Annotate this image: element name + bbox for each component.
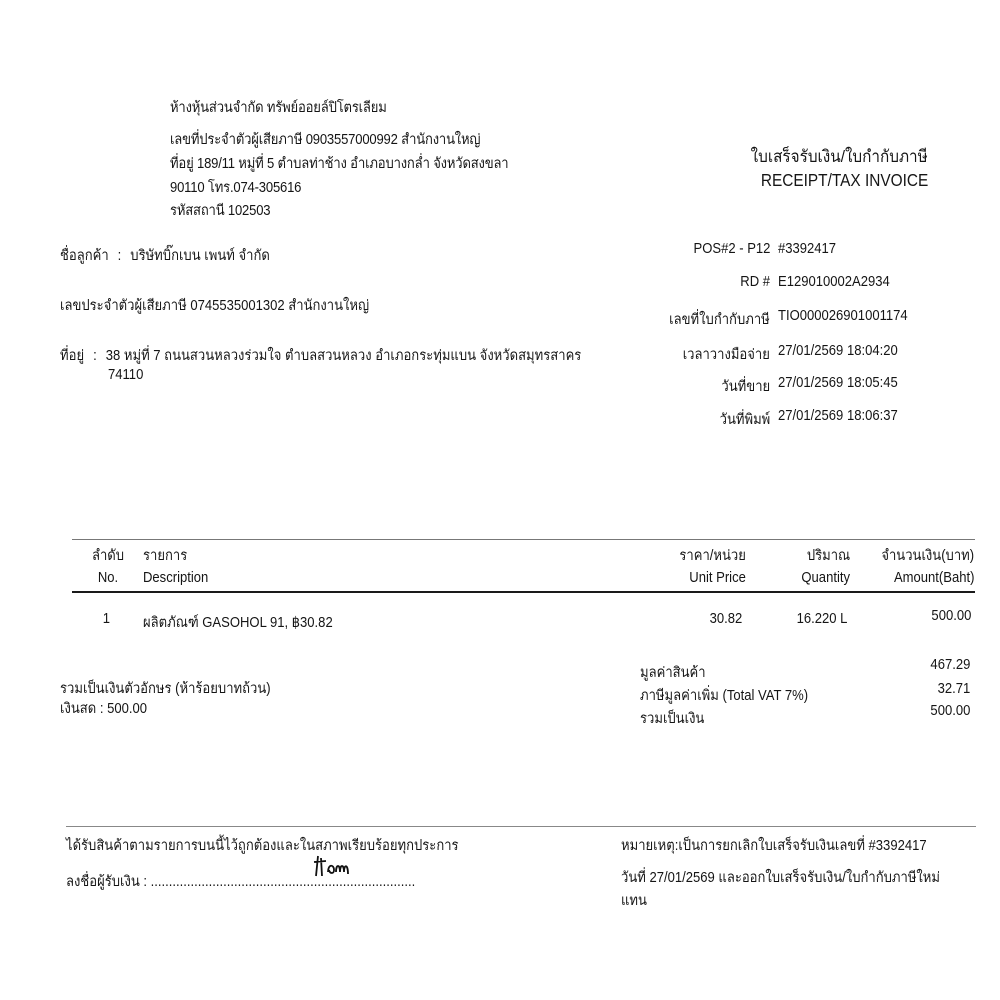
meta-row-pos: POS#2 - P12 #3392417 <box>618 241 958 261</box>
customer-tax-id: เลขประจำตัวผู้เสียภาษี 0745535001302 สำน… <box>60 294 369 317</box>
row-quantity: 16.220 L <box>796 611 847 627</box>
seller-address-line2: 90110 โทร.074-305616 <box>170 176 301 199</box>
meta-label: เลขที่ใบกำกับภาษี <box>669 308 770 331</box>
meta-value: #3392417 <box>778 241 836 257</box>
meta-row-rd: RD # E129010002A2934 <box>618 274 958 294</box>
seller-station-code: รหัสสถานี 102503 <box>170 199 270 222</box>
meta-row-print-date: วันที่พิมพ์ 27/01/2569 18:06:37 <box>618 408 958 428</box>
customer-address-label: ที่อยู่ <box>60 344 84 367</box>
grand-total-value: 500.00 <box>930 703 970 719</box>
separator: : <box>93 348 97 364</box>
row-amount: 500.00 <box>931 608 971 624</box>
meta-value: 27/01/2569 18:04:20 <box>778 343 898 359</box>
document-title-thai: ใบเสร็จรับเงิน/ใบกำกับภาษี <box>751 143 928 170</box>
separator: : <box>118 248 122 264</box>
handwritten-signature-icon <box>312 852 352 880</box>
header-quantity-thai: ปริมาณ <box>807 545 850 567</box>
header-description-english: Description <box>143 567 208 589</box>
meta-value: 27/01/2569 18:05:45 <box>778 375 898 391</box>
header-amount-english: Amount(Baht) <box>893 567 974 589</box>
customer-address-row: ที่อยู่:38 หมู่ที่ 7 ถนนสวนหลวงร่วมใจ ตำ… <box>60 344 581 367</box>
customer-name-row: ชื่อลูกค้า:บริษัทบิ๊กเบน เพนท์ จำกัด <box>60 244 270 267</box>
document-title-english: RECEIPT/TAX INVOICE <box>761 170 928 191</box>
customer-address-line1: 38 หมู่ที่ 7 ถนนสวนหลวงร่วมใจ ตำบลสวนหลว… <box>106 348 582 364</box>
row-description: ผลิตภัณฑ์ GASOHOL 91, ฿30.82 <box>143 611 333 634</box>
meta-label: POS#2 - P12 <box>693 241 770 257</box>
cash-paid: เงินสด : 500.00 <box>60 697 147 720</box>
note-line2: วันที่ 27/01/2569 และออกใบเสร็จรับเงิน/ใ… <box>621 866 940 889</box>
header-unit-price-english: Unit Price <box>689 567 746 589</box>
subtotal-value: 467.29 <box>930 657 970 673</box>
meta-label: เวลาวางมือจ่าย <box>683 343 770 366</box>
meta-row-sale-date: วันที่ขาย 27/01/2569 18:05:45 <box>618 375 958 395</box>
table-header-divider <box>72 591 975 593</box>
signature-line: ลงชื่อผู้รับเงิน : .....................… <box>66 870 415 893</box>
meta-value: E129010002A2934 <box>778 274 890 290</box>
header-unit-price-thai: ราคา/หน่วย <box>679 545 746 567</box>
meta-label: วันที่ขาย <box>721 375 770 398</box>
seller-name: ห้างหุ้นส่วนจำกัด ทรัพย์ออยล์ปิโตรเลียม <box>170 96 387 119</box>
received-statement: ได้รับสินค้าตามรายการบนนี้ไว้ถูกต้องและใ… <box>66 834 459 857</box>
table-top-divider <box>72 539 975 540</box>
header-no-thai: ลำดับ <box>90 545 126 567</box>
header-amount-thai: จำนวนเงิน(บาท) <box>881 545 974 567</box>
header-description-thai: รายการ <box>143 545 187 567</box>
vat-label: ภาษีมูลค่าเพิ่ม (Total VAT 7%) <box>640 684 808 707</box>
vat-value: 32.71 <box>937 681 970 697</box>
footer-divider <box>66 826 976 827</box>
row-no: 1 <box>103 611 110 627</box>
row-unit-price: 30.82 <box>709 611 742 627</box>
meta-row-tax-invoice-no: เลขที่ใบกำกับภาษี TIO000026901001174 <box>618 308 958 328</box>
note-line1: หมายเหตุ:เป็นการยกเลิกใบเสร็จรับเงินเลขท… <box>621 834 927 857</box>
meta-row-nozzle-time: เวลาวางมือจ่าย 27/01/2569 18:04:20 <box>618 343 958 363</box>
seller-address-line1: ที่อยู่ 189/11 หมู่ที่ 5 ตำบลท่าช้าง อำเ… <box>170 152 508 175</box>
meta-value: TIO000026901001174 <box>778 308 908 324</box>
customer-address-line2: 74110 <box>108 367 143 383</box>
meta-value: 27/01/2569 18:06:37 <box>778 408 898 424</box>
seller-tax-id: เลขที่ประจำตัวผู้เสียภาษี 0903557000992 … <box>170 128 480 151</box>
meta-label: วันที่พิมพ์ <box>719 408 770 431</box>
note-line3: แทน <box>621 889 647 912</box>
meta-label: RD # <box>740 274 770 290</box>
customer-name-label: ชื่อลูกค้า <box>60 244 109 267</box>
subtotal-label: มูลค่าสินค้า <box>640 661 706 684</box>
grand-total-label: รวมเป็นเงิน <box>640 707 704 730</box>
customer-name-value: บริษัทบิ๊กเบน เพนท์ จำกัด <box>130 248 270 264</box>
header-quantity-english: Quantity <box>801 567 850 589</box>
header-no-english: No. <box>90 567 126 589</box>
